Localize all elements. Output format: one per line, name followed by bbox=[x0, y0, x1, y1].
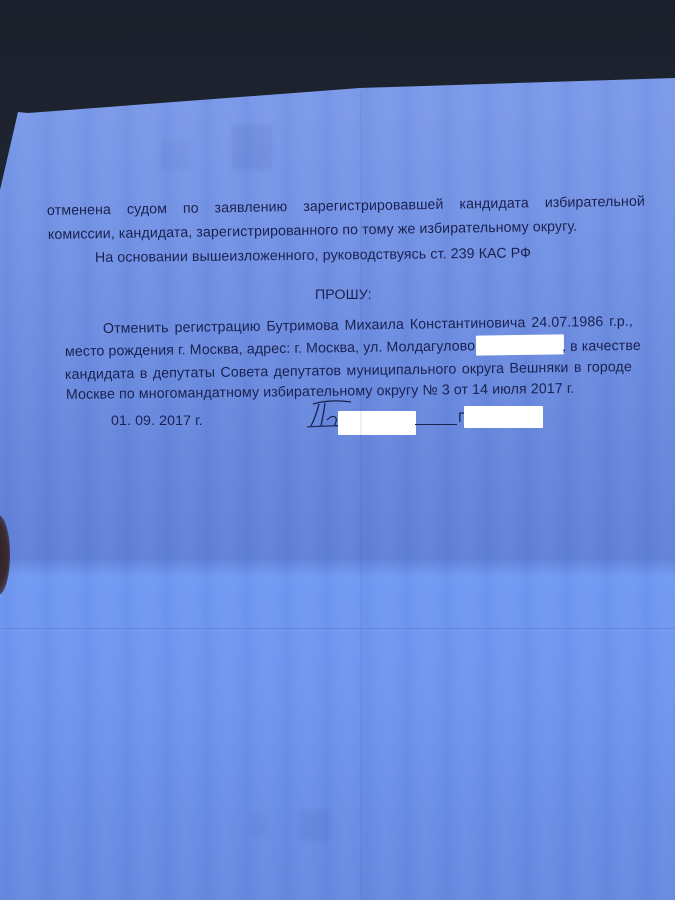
word: по bbox=[183, 202, 199, 216]
word: депутатов bbox=[274, 364, 342, 379]
text-line-2: комиссии, кандидата, зарегистрированного… bbox=[48, 220, 577, 243]
word: в bbox=[140, 367, 148, 381]
word: заявлению bbox=[214, 200, 287, 215]
word: муниципального bbox=[346, 363, 456, 379]
request-line-2a: место рождения г. Москва, адрес: г. Моск… bbox=[65, 339, 483, 359]
word: избирательной bbox=[545, 195, 645, 211]
word: городе bbox=[587, 360, 632, 375]
request-heading: ПРОШУ: bbox=[315, 288, 372, 302]
word: кандидата bbox=[459, 196, 529, 211]
show-through-blot bbox=[250, 815, 268, 837]
address-redaction bbox=[476, 334, 564, 355]
signature-underline bbox=[415, 424, 457, 425]
word: Отменить bbox=[103, 321, 169, 336]
word: кандидата bbox=[65, 367, 135, 382]
paper-sheet: отменена судом по заявлению зарегистриро… bbox=[0, 0, 675, 900]
word: Совета bbox=[220, 365, 268, 380]
request-line-1: Отменить регистрацию Бутримова Михаила К… bbox=[103, 315, 633, 337]
document-date: 01. 09. 2017 г. bbox=[111, 414, 203, 428]
word: депутаты bbox=[153, 366, 216, 381]
applicant-name-redaction bbox=[464, 406, 543, 428]
request-line-2b: , в качестве bbox=[562, 339, 641, 354]
paper-fold-line bbox=[0, 628, 675, 631]
word: Михаила bbox=[345, 318, 405, 333]
photo-background: отменена судом по заявлению зарегистриро… bbox=[0, 0, 675, 900]
word: судом bbox=[127, 202, 167, 217]
show-through-blot bbox=[300, 810, 330, 840]
word: г.р., bbox=[609, 315, 633, 330]
request-line-3: кандидата в депутаты Совета депутатов му… bbox=[65, 360, 632, 382]
word: отменена bbox=[47, 203, 111, 218]
word: 24.07.1986 bbox=[531, 315, 603, 330]
word: Константиновича bbox=[410, 316, 526, 332]
show-through-blot bbox=[232, 125, 272, 170]
show-through-blot bbox=[160, 140, 190, 170]
word: регистрацию bbox=[174, 320, 260, 335]
text-line-1: отменена судом по заявлению зарегистриро… bbox=[47, 195, 645, 219]
signature-name-redaction bbox=[338, 411, 416, 435]
word: Вешняки bbox=[509, 361, 568, 376]
word: в bbox=[574, 361, 582, 375]
word: зарегистрировавшей bbox=[303, 198, 443, 214]
text-line-3: На основании вышеизложенного, руководств… bbox=[95, 246, 531, 265]
word: округа bbox=[462, 362, 504, 377]
word: Бутримова bbox=[266, 319, 338, 334]
